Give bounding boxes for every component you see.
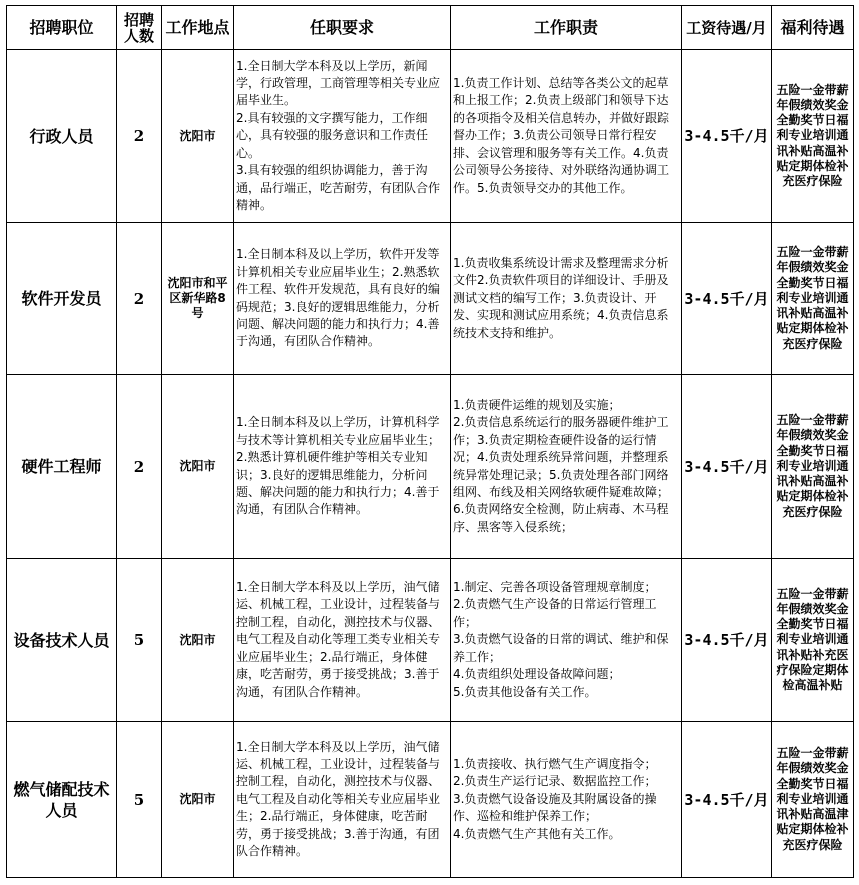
cell-position: 设备技术人员	[7, 559, 117, 722]
cell-salary: 3-4.5千/月	[682, 223, 772, 375]
cell-requirements: 1.全日制大学本科及以上学历，新闻学，行政管理，工商管理等相关专业应届毕业生。2…	[234, 50, 451, 223]
header-duties: 工作职责	[451, 6, 682, 50]
header-salary: 工资待遇/月	[682, 6, 772, 50]
cell-location: 沈阳市	[162, 50, 234, 223]
table-row: 燃气储配技术人员 5 沈阳市 1.全日制大学本科及以上学历，油气储运、机械工程，…	[7, 722, 854, 878]
cell-requirements: 1.全日制大学本科及以上学历，油气储运、机械工程，工业设计，过程装备与控制工程，…	[234, 722, 451, 878]
header-headcount: 招聘人数	[117, 6, 162, 50]
cell-headcount: 2	[117, 375, 162, 559]
table-row: 设备技术人员 5 沈阳市 1.全日制大学本科及以上学历，油气储运、机械工程，工业…	[7, 559, 854, 722]
cell-salary: 3-4.5千/月	[682, 559, 772, 722]
header-benefits: 福利待遇	[772, 6, 854, 50]
cell-duties: 1.负责收集系统设计需求及整理需求分析文件2.负责软件项目的详细设计、手册及测试…	[451, 223, 682, 375]
header-requirements: 任职要求	[234, 6, 451, 50]
cell-position: 行政人员	[7, 50, 117, 223]
cell-headcount: 5	[117, 722, 162, 878]
cell-duties: 1.负责硬件运维的规划及实施；2.负责信息系统运行的服务器硬件维护工作；3.负责…	[451, 375, 682, 559]
recruitment-table: 招聘职位 招聘人数 工作地点 任职要求 工作职责 工资待遇/月 福利待遇 行政人…	[6, 5, 854, 878]
cell-benefits: 五险一金带薪年假绩效奖金全勤奖节日福利专业培训通讯补贴高温补贴定期体检补充医疗保…	[772, 223, 854, 375]
cell-position: 硬件工程师	[7, 375, 117, 559]
cell-benefits: 五险一金带薪年假绩效奖金全勤奖节日福利专业培训通讯补贴补充医疗保险定期体检高温补…	[772, 559, 854, 722]
cell-duties: 1.负责工作计划、总结等各类公文的起草和上报工作；2.负责上级部门和领导下达的各…	[451, 50, 682, 223]
cell-headcount: 2	[117, 50, 162, 223]
cell-headcount: 2	[117, 223, 162, 375]
cell-requirements: 1.全日制本科及以上学历，计算机科学与技术等计算机相关专业应届毕业生；2.熟悉计…	[234, 375, 451, 559]
cell-location: 沈阳市和平区新华路8号	[162, 223, 234, 375]
cell-requirements: 1.全日制大学本科及以上学历，油气储运、机械工程，工业设计，过程装备与控制工程，…	[234, 559, 451, 722]
cell-requirements: 1.全日制本科及以上学历，软件开发等计算机相关专业应届毕业生；2.熟悉软件工程、…	[234, 223, 451, 375]
header-location: 工作地点	[162, 6, 234, 50]
cell-location: 沈阳市	[162, 559, 234, 722]
cell-position: 燃气储配技术人员	[7, 722, 117, 878]
cell-location: 沈阳市	[162, 722, 234, 878]
cell-salary: 3-4.5千/月	[682, 722, 772, 878]
table-row: 软件开发员 2 沈阳市和平区新华路8号 1.全日制本科及以上学历，软件开发等计算…	[7, 223, 854, 375]
cell-benefits: 五险一金带薪年假绩效奖金全勤奖节日福利专业培训通讯补贴高温津贴定期体检补充医疗保…	[772, 722, 854, 878]
cell-duties: 1.制定、完善各项设备管理规章制度；2.负责燃气生产设备的日常运行管理工作；3.…	[451, 559, 682, 722]
cell-benefits: 五险一金带薪年假绩效奖金全勤奖节日福利专业培训通讯补贴高温补贴定期体检补充医疗保…	[772, 375, 854, 559]
table-row: 行政人员 2 沈阳市 1.全日制大学本科及以上学历，新闻学，行政管理，工商管理等…	[7, 50, 854, 223]
cell-salary: 3-4.5千/月	[682, 50, 772, 223]
cell-duties: 1.负责接收、执行燃气生产调度指令；2.负责生产运行记录、数据监控工作；3.负责…	[451, 722, 682, 878]
cell-benefits: 五险一金带薪年假绩效奖金全勤奖节日福利专业培训通讯补贴高温补贴定期体检补充医疗保…	[772, 50, 854, 223]
cell-position: 软件开发员	[7, 223, 117, 375]
header-position: 招聘职位	[7, 6, 117, 50]
cell-headcount: 5	[117, 559, 162, 722]
cell-salary: 3-4.5千/月	[682, 375, 772, 559]
header-row: 招聘职位 招聘人数 工作地点 任职要求 工作职责 工资待遇/月 福利待遇	[7, 6, 854, 50]
cell-location: 沈阳市	[162, 375, 234, 559]
table-row: 硬件工程师 2 沈阳市 1.全日制本科及以上学历，计算机科学与技术等计算机相关专…	[7, 375, 854, 559]
